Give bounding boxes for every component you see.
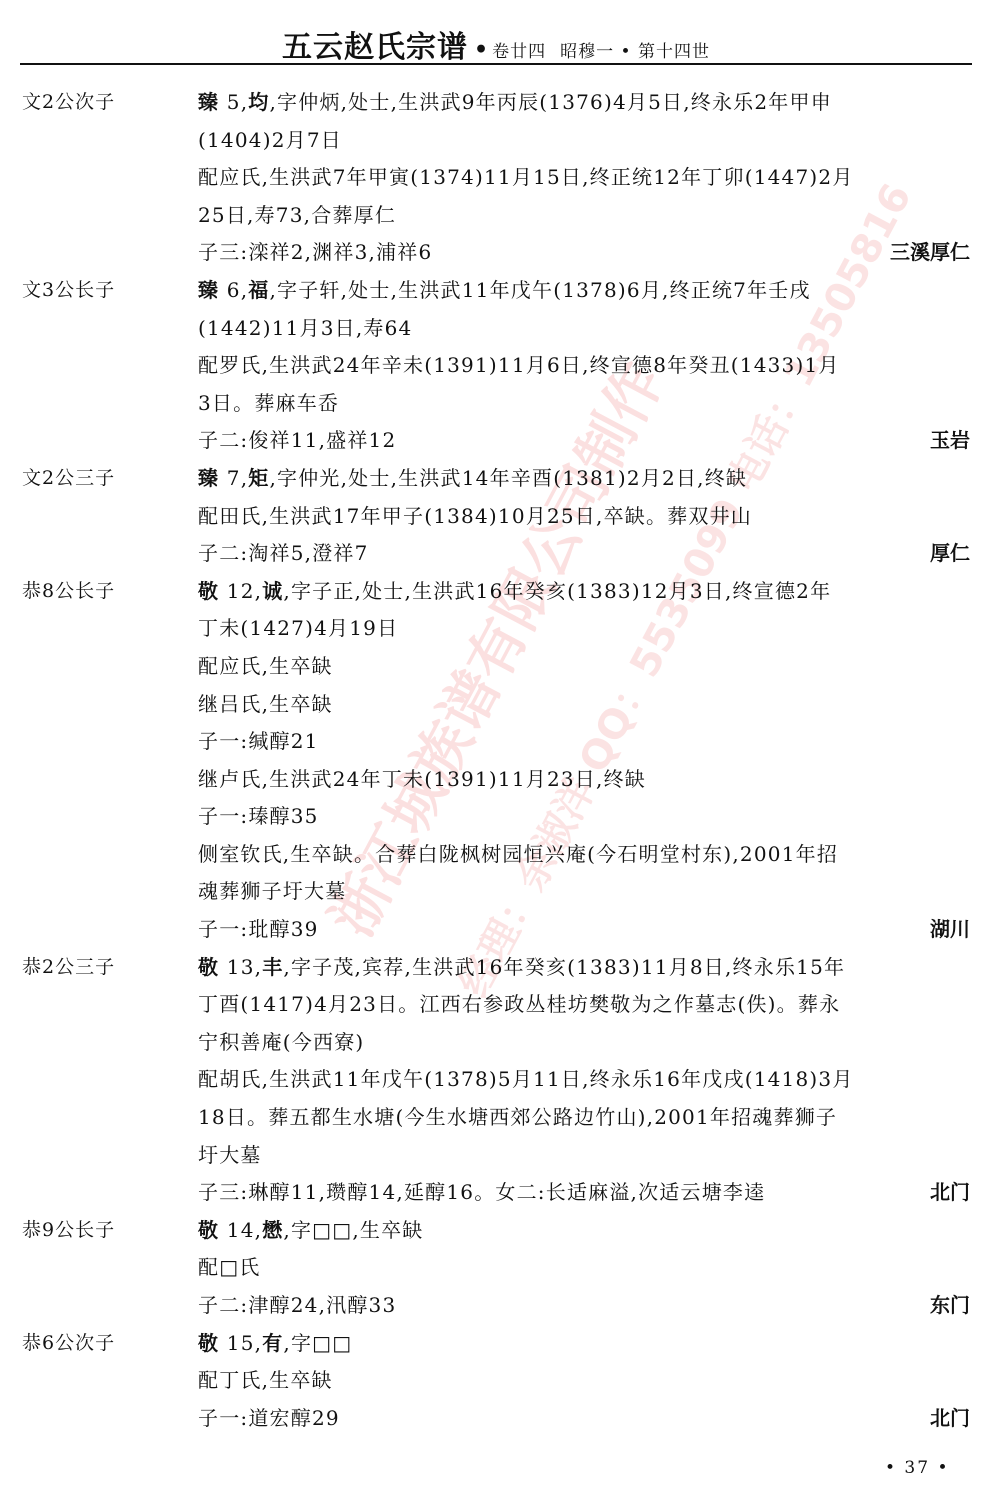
entry-text: 配田氏,生洪武17年甲子(1384)10月25日,卒缺。葬双井山 bbox=[198, 498, 970, 536]
entry-heading: 臻 5,均,字仲炳,处士,生洪武9年丙辰(1376)4月5日,终永乐2年甲申 bbox=[198, 84, 970, 122]
given-name: 丰 bbox=[262, 955, 283, 979]
entry-text: 配应氏,生卒缺 bbox=[198, 648, 970, 686]
entry-text: 子三:滦祥2,渊祥3,浦祥6 bbox=[198, 234, 970, 272]
entry-heading: 敬 14,懋,字□□,生卒缺 bbox=[198, 1212, 970, 1250]
generation-char: 敬 bbox=[198, 955, 219, 979]
entry-line: 文3公长子臻 6,福,字子轩,处士,生洪武11年戊午(1378)6月,终正统7年… bbox=[0, 272, 992, 310]
rank-number: 12 bbox=[227, 579, 255, 603]
entry-line: 恭8公长子敬 12,诚,字子正,处士,生洪武16年癸亥(1383)12月3日,终… bbox=[0, 573, 992, 611]
entry-text: 圩大墓 bbox=[198, 1137, 970, 1175]
entry-line: 侧室钦氏,生卒缺。合葬白陇枫树园恒兴庵(今石明堂村东),2001年招 bbox=[0, 836, 992, 874]
entry-line: 18日。葬五都生水塘(今生水塘西郊公路边竹山),2001年招魂葬狮子 bbox=[0, 1099, 992, 1137]
entry-heading: 敬 15,有,字□□ bbox=[198, 1325, 970, 1363]
entry-detail: ,字□□ bbox=[283, 1331, 352, 1355]
entry-text: 继吕氏,生卒缺 bbox=[198, 686, 970, 724]
parent-label: 文2公次子 bbox=[22, 84, 115, 122]
rank-number: 6 bbox=[227, 278, 241, 302]
entry-text: 魂葬狮子圩大墓 bbox=[198, 873, 970, 911]
entry-line: 魂葬狮子圩大墓 bbox=[0, 873, 992, 911]
genealogy-entry: 文3公长子臻 6,福,字子轩,处士,生洪武11年戊午(1378)6月,终正统7年… bbox=[0, 272, 992, 460]
entry-line: 继卢氏,生洪武24年丁未(1391)11月23日,终缺 bbox=[0, 761, 992, 799]
entry-detail: ,字子轩,处士,生洪武11年戊午(1378)6月,终正统7年壬戌 bbox=[269, 278, 810, 302]
entry-detail: ,字仲光,处士,生洪武14年辛酉(1381)2月2日,终缺 bbox=[269, 466, 747, 490]
entry-text: 25日,寿73,合葬厚仁 bbox=[198, 197, 970, 235]
entry-line: 恭6公次子敬 15,有,字□□ bbox=[0, 1325, 992, 1363]
entry-heading: 敬 13,丰,字子茂,宾荐,生洪武16年癸亥(1383)11月8日,终永乐15年 bbox=[198, 949, 970, 987]
generation-char: 臻 bbox=[198, 278, 219, 302]
entry-detail: ,字子正,处士,生洪武16年癸亥(1383)12月3日,终宣德2年 bbox=[283, 579, 831, 603]
residence-place: 玉岩 bbox=[930, 422, 970, 460]
rank-number: 5 bbox=[227, 90, 241, 114]
given-name: 懋 bbox=[262, 1218, 283, 1242]
generation-char: 敬 bbox=[198, 1331, 219, 1355]
header-rule bbox=[20, 63, 972, 65]
entry-text: (1442)11月3日,寿64 bbox=[198, 310, 970, 348]
residence-place: 厚仁 bbox=[930, 535, 970, 573]
entry-text: 配应氏,生洪武7年甲寅(1374)11月15日,终正统12年丁卯(1447)2月 bbox=[198, 159, 970, 197]
entry-text: (1404)2月7日 bbox=[198, 122, 970, 160]
entry-line: (1404)2月7日 bbox=[0, 122, 992, 160]
entry-line: 配胡氏,生洪武11年戊午(1378)5月11日,终永乐16年戊戌(1418)3月 bbox=[0, 1061, 992, 1099]
entry-line: 配应氏,生洪武7年甲寅(1374)11月15日,终正统12年丁卯(1447)2月 bbox=[0, 159, 992, 197]
entry-heading: 臻 7,矩,字仲光,处士,生洪武14年辛酉(1381)2月2日,终缺 bbox=[198, 460, 970, 498]
entry-line: 恭2公三子敬 13,丰,字子茂,宾荐,生洪武16年癸亥(1383)11月8日,终… bbox=[0, 949, 992, 987]
entry-line: (1442)11月3日,寿64 bbox=[0, 310, 992, 348]
genealogy-entry: 恭8公长子敬 12,诚,字子正,处士,生洪武16年癸亥(1383)12月3日,终… bbox=[0, 573, 992, 949]
entry-line: 宁积善庵(今西寮) bbox=[0, 1024, 992, 1062]
parent-label: 恭9公长子 bbox=[22, 1212, 115, 1250]
entry-line: 子二:津醇24,汛醇33东门 bbox=[0, 1287, 992, 1325]
entry-line: 丁未(1427)4月19日 bbox=[0, 610, 992, 648]
rank-number: 13 bbox=[227, 955, 255, 979]
rank-number: 15 bbox=[227, 1331, 255, 1355]
page-number: • 37 • bbox=[885, 1458, 950, 1478]
entry-text: 子一:瑧醇35 bbox=[198, 798, 970, 836]
genealogy-entry: 文2公三子臻 7,矩,字仲光,处士,生洪武14年辛酉(1381)2月2日,终缺配… bbox=[0, 460, 992, 573]
given-name: 有 bbox=[262, 1331, 283, 1355]
entry-detail: ,字仲炳,处士,生洪武9年丙辰(1376)4月5日,终永乐2年甲申 bbox=[269, 90, 831, 114]
entry-line: 配罗氏,生洪武24年辛未(1391)11月6日,终宣德8年癸丑(1433)1月 bbox=[0, 347, 992, 385]
entry-text: 子二:俊祥11,盛祥12 bbox=[198, 422, 970, 460]
entry-line: 配丁氏,生卒缺 bbox=[0, 1362, 992, 1400]
entry-text: 配罗氏,生洪武24年辛未(1391)11月6日,终宣德8年癸丑(1433)1月 bbox=[198, 347, 970, 385]
entry-text: 子二:淘祥5,澄祥7 bbox=[198, 535, 970, 573]
entry-line: 丁酉(1417)4月23日。江西右参政丛桂坊樊敬为之作墓志(佚)。葬永 bbox=[0, 986, 992, 1024]
entry-line: 继吕氏,生卒缺 bbox=[0, 686, 992, 724]
residence-place: 湖川 bbox=[930, 911, 970, 949]
residence-place: 三溪厚仁 bbox=[890, 234, 970, 272]
page-header: 五云赵氏宗谱•卷廿四昭穆一 • 第十四世 bbox=[0, 22, 992, 62]
entry-heading: 敬 12,诚,字子正,处士,生洪武16年癸亥(1383)12月3日,终宣德2年 bbox=[198, 573, 970, 611]
entry-line: 子一:缄醇21 bbox=[0, 723, 992, 761]
entry-line: 子一:道宏醇29北门 bbox=[0, 1400, 992, 1438]
entry-line: 子二:俊祥11,盛祥12玉岩 bbox=[0, 422, 992, 460]
entry-text: 18日。葬五都生水塘(今生水塘西郊公路边竹山),2001年招魂葬狮子 bbox=[198, 1099, 970, 1137]
generation-char: 敬 bbox=[198, 1218, 219, 1242]
genealogy-entry: 恭6公次子敬 15,有,字□□配丁氏,生卒缺子一:道宏醇29北门 bbox=[0, 1325, 992, 1438]
entry-line: 配□氏 bbox=[0, 1249, 992, 1287]
residence-place: 北门 bbox=[930, 1400, 970, 1438]
parent-label: 恭2公三子 bbox=[22, 949, 115, 987]
generation-char: 敬 bbox=[198, 579, 219, 603]
given-name: 福 bbox=[248, 278, 269, 302]
entry-text: 继卢氏,生洪武24年丁未(1391)11月23日,终缺 bbox=[198, 761, 970, 799]
entry-text: 侧室钦氏,生卒缺。合葬白陇枫树园恒兴庵(今石明堂村东),2001年招 bbox=[198, 836, 970, 874]
rank-number: 14 bbox=[227, 1218, 255, 1242]
entry-text: 子一:玭醇39 bbox=[198, 911, 970, 949]
parent-label: 恭6公次子 bbox=[22, 1325, 115, 1363]
section-label: 昭穆一 • 第十四世 bbox=[560, 42, 710, 62]
entry-text: 丁未(1427)4月19日 bbox=[198, 610, 970, 648]
entry-text: 丁酉(1417)4月23日。江西右参政丛桂坊樊敬为之作墓志(佚)。葬永 bbox=[198, 986, 970, 1024]
entry-line: 配田氏,生洪武17年甲子(1384)10月25日,卒缺。葬双井山 bbox=[0, 498, 992, 536]
entry-line: 子三:滦祥2,渊祥3,浦祥6三溪厚仁 bbox=[0, 234, 992, 272]
entry-text: 3日。葬麻车岙 bbox=[198, 385, 970, 423]
separator-dot: • bbox=[474, 37, 488, 63]
entry-text: 配丁氏,生卒缺 bbox=[198, 1362, 970, 1400]
entry-text: 配□氏 bbox=[198, 1249, 970, 1287]
entry-line: 子三:琳醇11,瓒醇14,延醇16。女二:长适麻溢,次适云塘李逵北门 bbox=[0, 1174, 992, 1212]
entry-detail: ,字子茂,宾荐,生洪武16年癸亥(1383)11月8日,终永乐15年 bbox=[283, 955, 845, 979]
parent-label: 文2公三子 bbox=[22, 460, 115, 498]
entry-detail: ,字□□,生卒缺 bbox=[283, 1218, 423, 1242]
given-name: 均 bbox=[248, 90, 269, 114]
entry-line: 子二:淘祥5,澄祥7厚仁 bbox=[0, 535, 992, 573]
entry-text: 子二:津醇24,汛醇33 bbox=[198, 1287, 970, 1325]
entry-line: 恭9公长子敬 14,懋,字□□,生卒缺 bbox=[0, 1212, 992, 1250]
rank-number: 7 bbox=[227, 466, 241, 490]
given-name: 诚 bbox=[262, 579, 283, 603]
entry-text: 子三:琳醇11,瓒醇14,延醇16。女二:长适麻溢,次适云塘李逵 bbox=[198, 1174, 970, 1212]
residence-place: 北门 bbox=[930, 1174, 970, 1212]
parent-label: 恭8公长子 bbox=[22, 573, 115, 611]
entry-line: 子一:玭醇39湖川 bbox=[0, 911, 992, 949]
entry-line: 配应氏,生卒缺 bbox=[0, 648, 992, 686]
volume-label: 卷廿四 bbox=[492, 42, 546, 62]
entry-text: 宁积善庵(今西寮) bbox=[198, 1024, 970, 1062]
book-title: 五云赵氏宗谱 bbox=[282, 30, 468, 65]
genealogy-entry: 文2公次子臻 5,均,字仲炳,处士,生洪武9年丙辰(1376)4月5日,终永乐2… bbox=[0, 84, 992, 272]
entry-text: 子一:道宏醇29 bbox=[198, 1400, 970, 1438]
genealogy-entry: 恭2公三子敬 13,丰,字子茂,宾荐,生洪武16年癸亥(1383)11月8日,终… bbox=[0, 949, 992, 1212]
entry-text: 子一:缄醇21 bbox=[198, 723, 970, 761]
given-name: 矩 bbox=[248, 466, 269, 490]
parent-label: 文3公长子 bbox=[22, 272, 115, 310]
entry-line: 圩大墓 bbox=[0, 1137, 992, 1175]
entry-line: 3日。葬麻车岙 bbox=[0, 385, 992, 423]
entry-line: 文2公三子臻 7,矩,字仲光,处士,生洪武14年辛酉(1381)2月2日,终缺 bbox=[0, 460, 992, 498]
generation-char: 臻 bbox=[198, 466, 219, 490]
entry-line: 25日,寿73,合葬厚仁 bbox=[0, 197, 992, 235]
entry-line: 文2公次子臻 5,均,字仲炳,处士,生洪武9年丙辰(1376)4月5日,终永乐2… bbox=[0, 84, 992, 122]
entry-text: 配胡氏,生洪武11年戊午(1378)5月11日,终永乐16年戊戌(1418)3月 bbox=[198, 1061, 970, 1099]
generation-char: 臻 bbox=[198, 90, 219, 114]
residence-place: 东门 bbox=[930, 1287, 970, 1325]
genealogy-entries: 文2公次子臻 5,均,字仲炳,处士,生洪武9年丙辰(1376)4月5日,终永乐2… bbox=[0, 84, 992, 1437]
entry-heading: 臻 6,福,字子轩,处士,生洪武11年戊午(1378)6月,终正统7年壬戌 bbox=[198, 272, 970, 310]
entry-line: 子一:瑧醇35 bbox=[0, 798, 992, 836]
genealogy-entry: 恭9公长子敬 14,懋,字□□,生卒缺配□氏子二:津醇24,汛醇33东门 bbox=[0, 1212, 992, 1325]
